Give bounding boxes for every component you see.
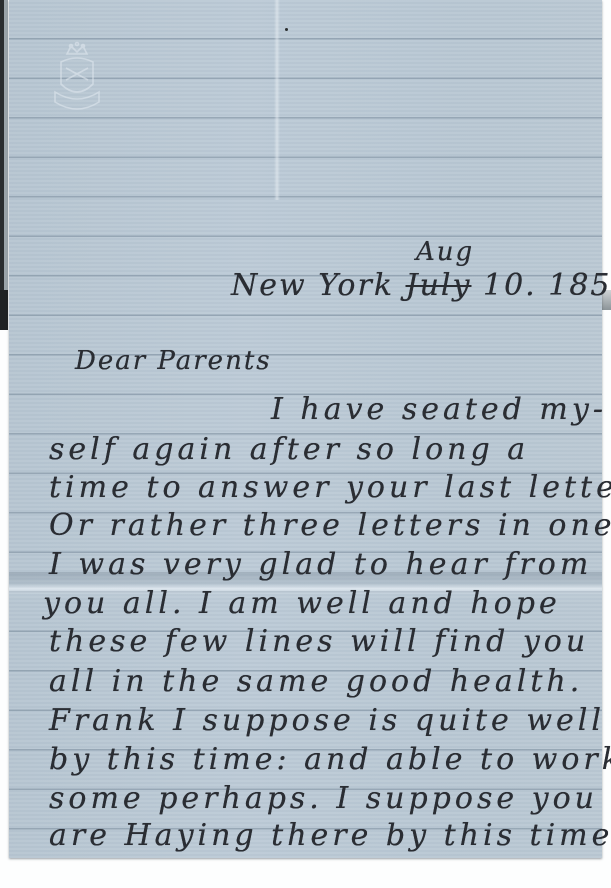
- letter-line: are Haying there by this time: [49, 818, 611, 853]
- letter-line: Frank I suppose is quite well: [49, 703, 605, 738]
- letter-line: time to answer your last letter: [49, 470, 611, 505]
- letter-line: I was very glad to hear from: [49, 547, 592, 582]
- scanner-edge-shadow-dark: [0, 290, 8, 330]
- vertical-fold-crease: [274, 0, 280, 200]
- ink-speck: [285, 28, 288, 31]
- letter-line: self again after so long a: [49, 432, 529, 467]
- embossed-crest-icon: [47, 40, 107, 120]
- letter-line: I have seated my-: [271, 392, 607, 427]
- letter-line: you all. I am well and hope: [43, 586, 561, 621]
- scanner-edge-shadow: [0, 0, 8, 290]
- date-correction-aug: Aug: [416, 237, 474, 267]
- letter-place: New York: [231, 268, 394, 303]
- letter-line: all in the same good health.: [49, 664, 583, 699]
- letter-paper: Aug New York July 10. 1856 Dear Parents …: [9, 0, 602, 858]
- struck-month: July: [406, 268, 472, 303]
- letter-line: some perhaps. I suppose you: [49, 781, 598, 816]
- letter-date-line: New York July 10. 1856: [231, 268, 611, 303]
- letter-line: Or rather three letters in one: [49, 508, 611, 543]
- salutation: Dear Parents: [75, 346, 272, 376]
- document-scan: Aug New York July 10. 1856 Dear Parents …: [0, 0, 611, 888]
- letter-date: 10. 1856: [483, 268, 611, 303]
- letter-line: these few lines will find you: [49, 624, 589, 659]
- letter-line: by this time: and able to work: [49, 742, 611, 777]
